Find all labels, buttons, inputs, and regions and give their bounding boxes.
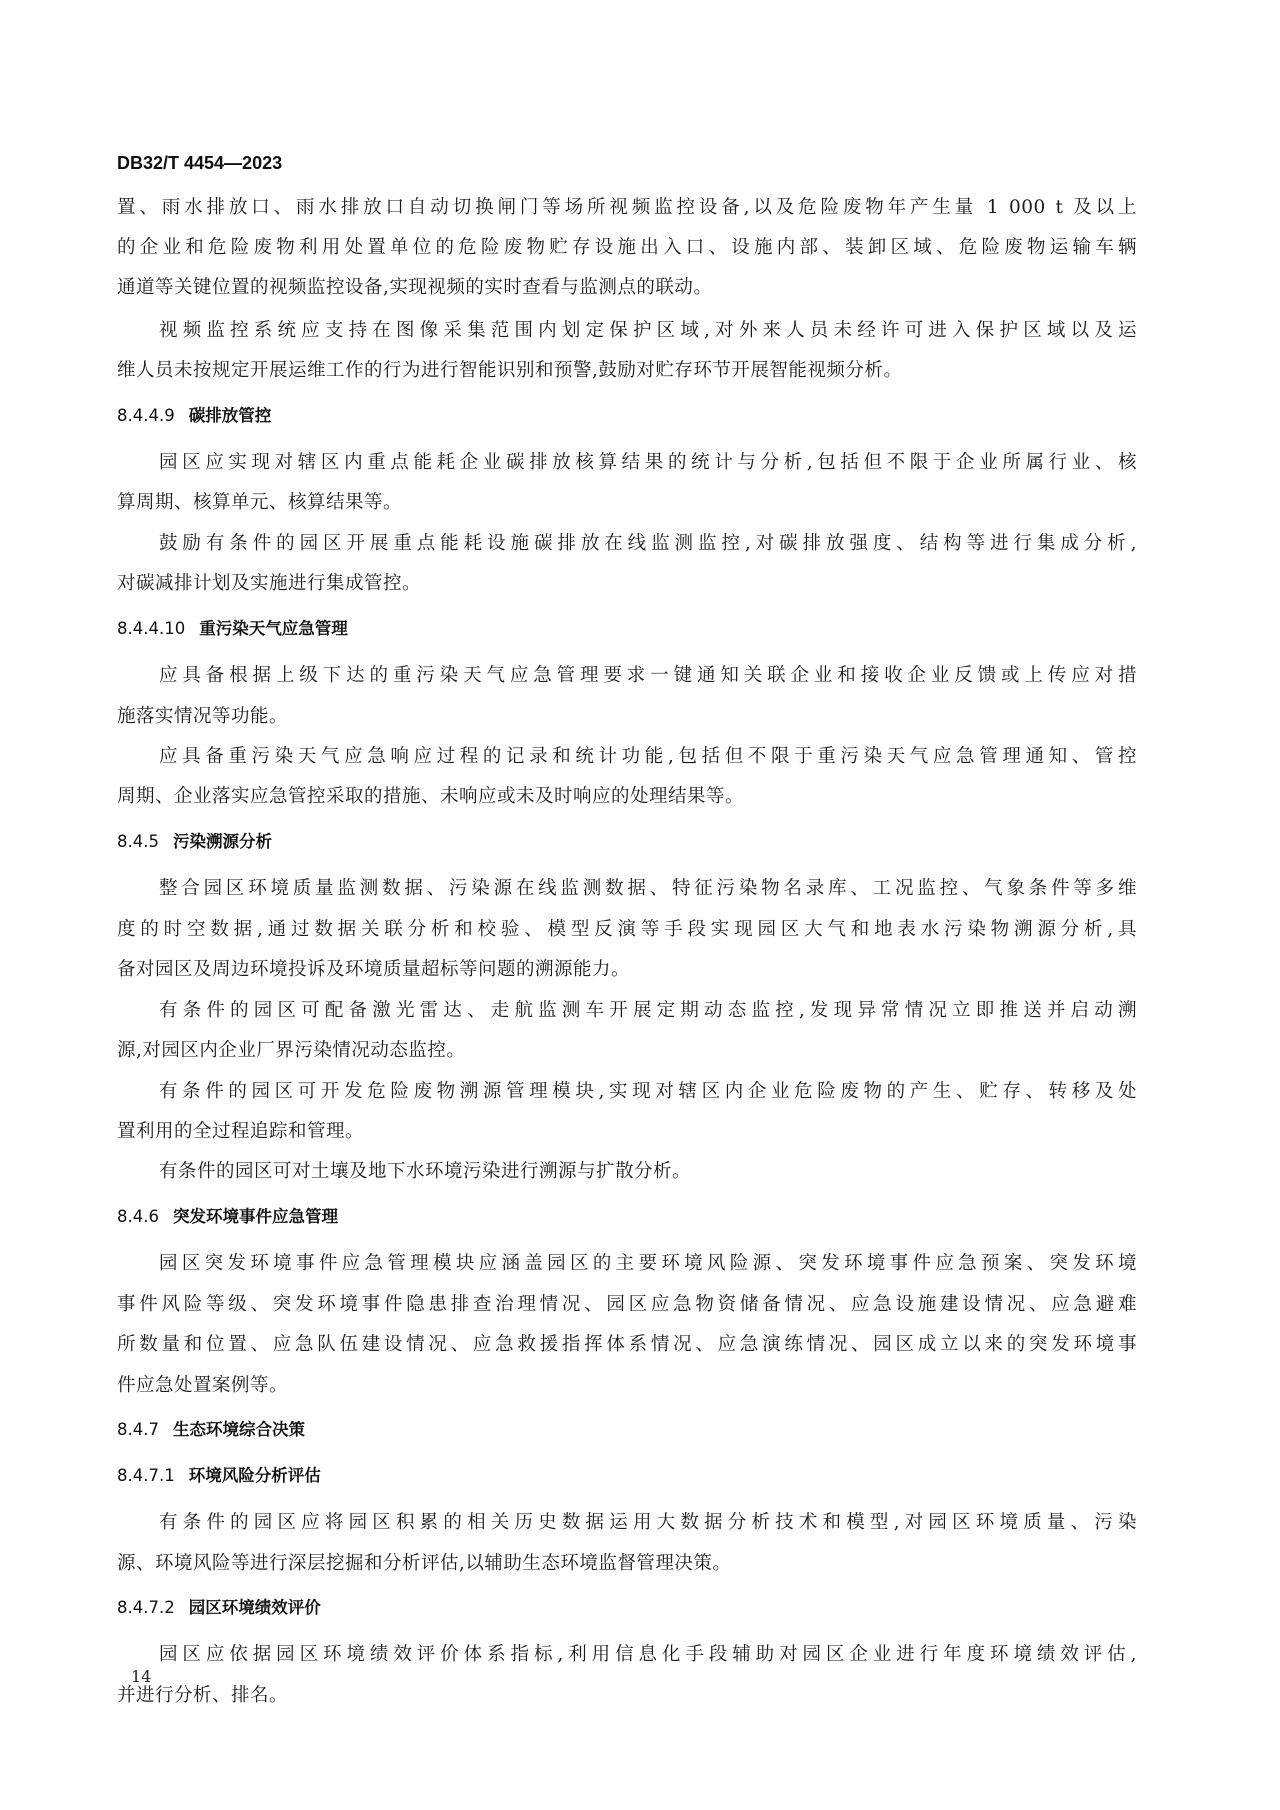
section-heading: 8.4.7.2园区环境绩效评价 [117, 1597, 321, 1619]
paragraph-line: 通道等关键位置的视频监控设备,实现视频的实时查看与监测点的联动。 [117, 276, 1137, 300]
section-title: 生态环境综合决策 [173, 1420, 305, 1439]
paragraph-line: 备对园区及周边环境投诉及环境质量超标等问题的溯源能力。 [117, 958, 1137, 982]
paragraph-line: 有条件的园区可配备激光雷达、走航监测车开展定期动态监控,发现异常情况立即推送并启… [159, 999, 1137, 1023]
paragraph-line: 有条件的园区应将园区积累的相关历史数据运用大数据分析技术和模型,对园区环境质量、… [159, 1511, 1137, 1535]
paragraph-line: 并进行分析、排名。 [117, 1684, 1137, 1708]
section-title: 碳排放管控 [189, 406, 272, 425]
paragraph-line: 园区突发环境事件应急管理模块应涵盖园区的主要环境风险源、突发环境事件应急预案、突… [159, 1252, 1137, 1276]
section-heading: 8.4.7.1环境风险分析评估 [117, 1465, 321, 1487]
section-heading: 8.4.4.9碳排放管控 [117, 405, 271, 427]
section-heading: 8.4.6突发环境事件应急管理 [117, 1206, 338, 1228]
paragraph-line: 鼓励有条件的园区开展重点能耗设施碳排放在线监测监控,对碳排放强度、结构等进行集成… [159, 532, 1137, 556]
section-title: 突发环境事件应急管理 [173, 1207, 338, 1226]
section-title: 园区环境绩效评价 [189, 1598, 321, 1617]
paragraph-line: 周期、企业落实应急管控采取的措施、未响应或未及时响应的处理结果等。 [117, 785, 1137, 809]
section-title: 污染溯源分析 [173, 832, 272, 851]
paragraph-line: 所数量和位置、应急队伍建设情况、应急救援指挥体系情况、应急演练情况、园区成立以来… [117, 1333, 1137, 1357]
paragraph-line: 园区应实现对辖区内重点能耗企业碳排放核算结果的统计与分析,包括但不限于企业所属行… [159, 451, 1137, 475]
document-code: DB32/T 4454—2023 [117, 153, 282, 174]
paragraph-line: 置、雨水排放口、雨水排放口自动切换闸门等场所视频监控设备,以及危险废物年产生量 … [117, 196, 1137, 220]
paragraph-line: 施落实情况等功能。 [117, 705, 1137, 729]
paragraph-line: 的企业和危险废物利用处置单位的危险废物贮存设施出入口、设施内部、装卸区域、危险废… [117, 236, 1137, 260]
section-title: 重污染天气应急管理 [199, 619, 348, 638]
paragraph-line: 事件风险等级、突发环境事件隐患排查治理情况、园区应急物资储备情况、应急设施建设情… [117, 1293, 1137, 1317]
paragraph-line: 算周期、核算单元、核算结果等。 [117, 491, 1137, 515]
section-number: 8.4.7 [117, 1419, 159, 1441]
paragraph-line: 有条件的园区可对土壤及地下水环境污染进行溯源与扩散分析。 [159, 1160, 1137, 1184]
section-heading: 8.4.4.10重污染天气应急管理 [117, 618, 348, 640]
paragraph-line: 有条件的园区可开发危险废物溯源管理模块,实现对辖区内企业危险废物的产生、贮存、转… [159, 1080, 1137, 1104]
section-number: 8.4.5 [117, 831, 159, 853]
page-number: 14 [131, 1667, 151, 1686]
paragraph-line: 度的时空数据,通过数据关联分析和校验、模型反演等手段实现园区大气和地表水污染物溯… [117, 918, 1137, 942]
paragraph-line: 源,对园区内企业厂界污染情况动态监控。 [117, 1039, 1137, 1063]
section-number: 8.4.4.10 [117, 618, 185, 640]
section-number: 8.4.4.9 [117, 405, 175, 427]
paragraph-line: 视频监控系统应支持在图像采集范围内划定保护区域,对外来人员未经许可进入保护区域以… [159, 319, 1137, 343]
section-number: 8.4.7.1 [117, 1465, 175, 1487]
paragraph-line: 应具备根据上级下达的重污染天气应急管理要求一键通知关联企业和接收企业反馈或上传应… [159, 664, 1137, 688]
section-title: 环境风险分析评估 [189, 1466, 321, 1485]
section-heading: 8.4.7生态环境综合决策 [117, 1419, 305, 1441]
section-heading: 8.4.5污染溯源分析 [117, 831, 272, 853]
paragraph-line: 置利用的全过程追踪和管理。 [117, 1120, 1137, 1144]
paragraph-line: 维人员未按规定开展运维工作的行为进行智能识别和预警,鼓励对贮存环节开展智能视频分… [117, 359, 1137, 383]
paragraph-line: 件应急处置案例等。 [117, 1374, 1137, 1398]
paragraph-line: 整合园区环境质量监测数据、污染源在线监测数据、特征污染物名录库、工况监控、气象条… [159, 877, 1137, 901]
section-number: 8.4.6 [117, 1206, 159, 1228]
paragraph-line: 源、环境风险等进行深层挖掘和分析评估,以辅助生态环境监督管理决策。 [117, 1552, 1137, 1576]
paragraph-line: 园区应依据园区环境绩效评价体系指标,利用信息化手段辅助对园区企业进行年度环境绩效… [159, 1643, 1137, 1667]
paragraph-line: 对碳减排计划及实施进行集成管控。 [117, 572, 1137, 596]
paragraph-line: 应具备重污染天气应急响应过程的记录和统计功能,包括但不限于重污染天气应急管理通知… [159, 745, 1137, 769]
section-number: 8.4.7.2 [117, 1597, 175, 1619]
